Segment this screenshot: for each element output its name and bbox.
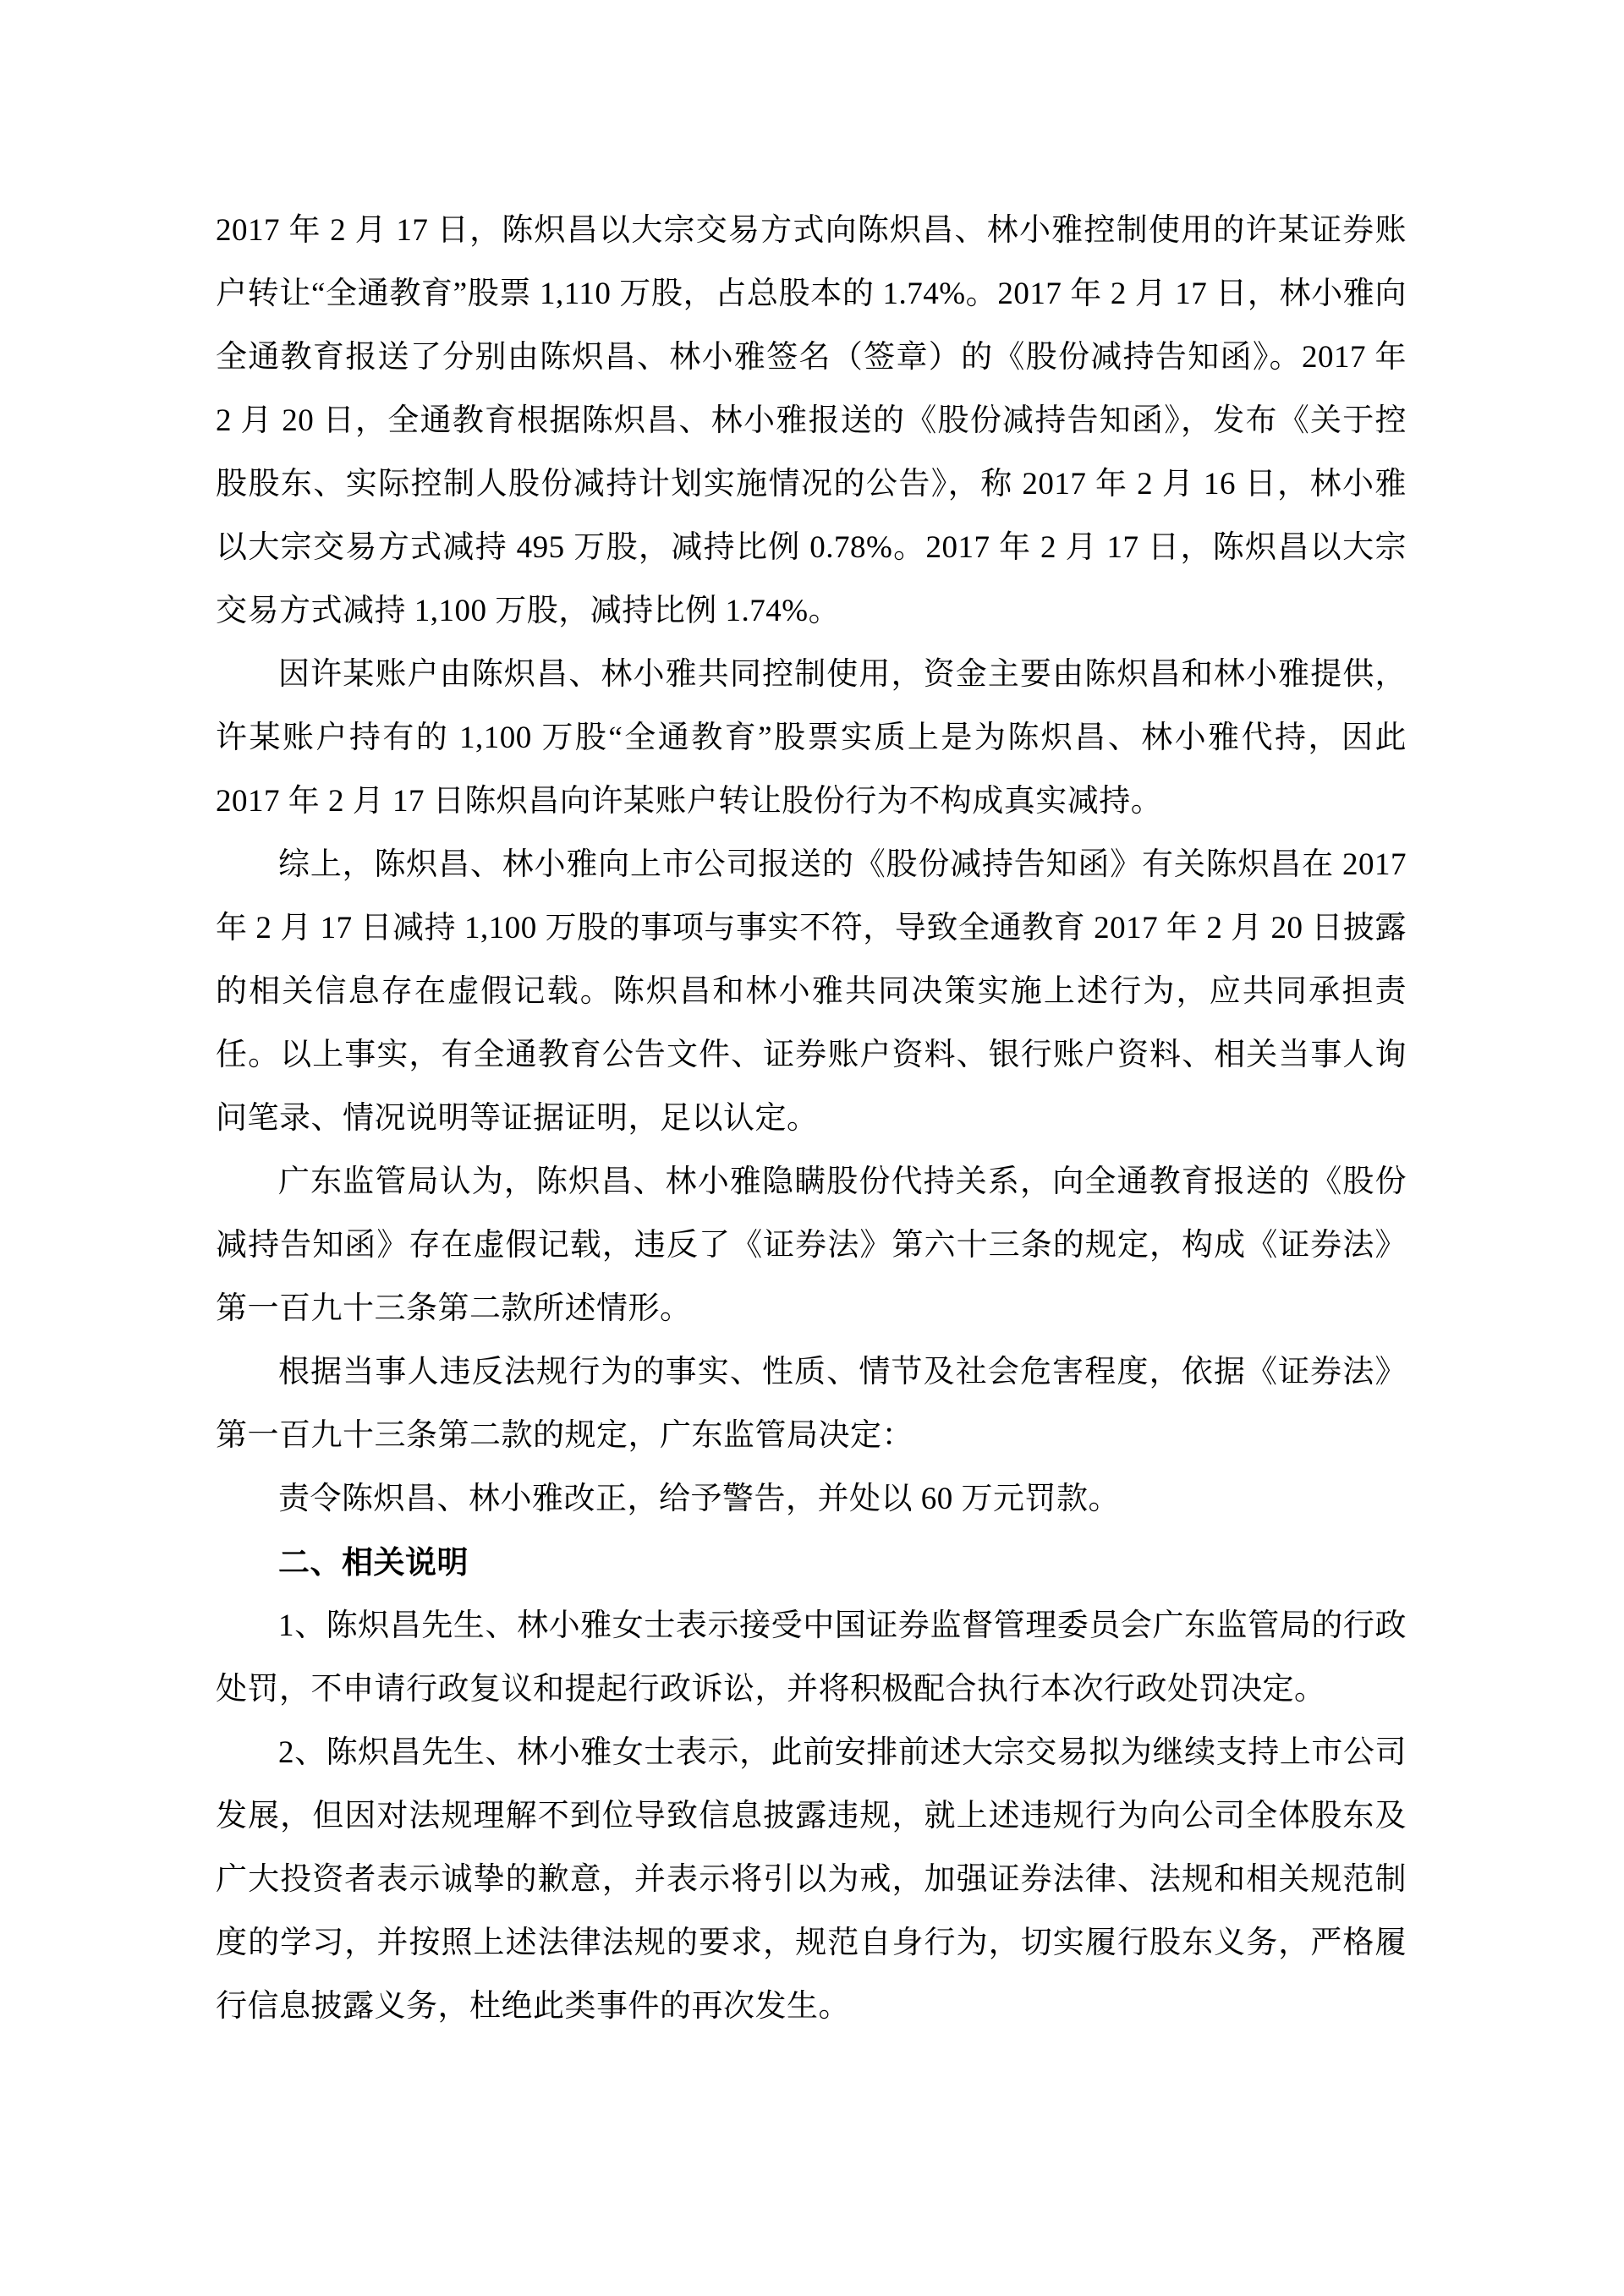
paragraph: 1、陈炽昌先生、林小雅女士表示接受中国证券监督管理委员会广东监管局的行政处罚，不… [216,1594,1407,1721]
document-page: 2017 年 2 月 17 日，陈炽昌以大宗交易方式向陈炽昌、林小雅控制使用的许… [0,0,1624,2296]
paragraph: 2、陈炽昌先生、林小雅女士表示，此前安排前述大宗交易拟为继续支持上市公司发展，但… [216,1721,1407,2038]
paragraph: 因许某账户由陈炽昌、林小雅共同控制使用，资金主要由陈炽昌和林小雅提供，许某账户持… [216,643,1407,833]
paragraph: 2017 年 2 月 17 日，陈炽昌以大宗交易方式向陈炽昌、林小雅控制使用的许… [216,199,1407,643]
paragraph: 根据当事人违反法规行为的事实、性质、情节及社会危害程度，依据《证券法》第一百九十… [216,1340,1407,1467]
section-heading: 二、相关说明 [216,1531,1407,1594]
paragraph: 综上，陈炽昌、林小雅向上市公司报送的《股份减持告知函》有关陈炽昌在 2017 年… [216,833,1407,1150]
paragraph: 广东监管局认为，陈炽昌、林小雅隐瞒股份代持关系，向全通教育报送的《股份减持告知函… [216,1150,1407,1340]
document-body: 2017 年 2 月 17 日，陈炽昌以大宗交易方式向陈炽昌、林小雅控制使用的许… [216,199,1407,2038]
paragraph: 责令陈炽昌、林小雅改正，给予警告，并处以 60 万元罚款。 [216,1467,1407,1531]
